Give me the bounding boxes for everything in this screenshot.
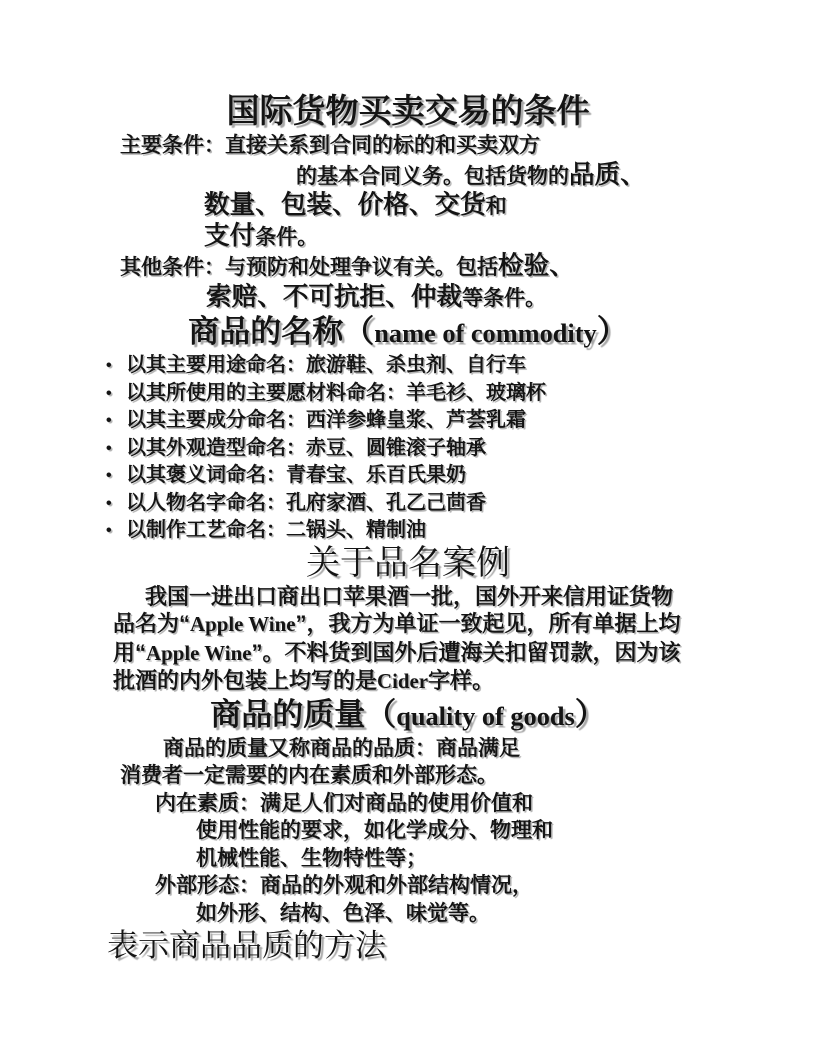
- text-segment: 旅游鞋、杀虫剂、自行车: [306, 354, 526, 376]
- text-segment: 外部形态：商品的外观和外部结构情况，: [155, 874, 533, 897]
- text-segment: 商品的质量: [210, 697, 365, 732]
- text-segment: 等。: [448, 902, 490, 925]
- text-segment: 和: [486, 195, 507, 218]
- text-line: 支付条件。: [204, 222, 726, 253]
- text-line: 商品的质量又称商品的品质：商品满足: [163, 735, 726, 763]
- text-segment: 主要条件：直接关系到合同的标的和买卖双方: [120, 134, 540, 157]
- text-segment: 外形、结构、色泽、味觉: [217, 902, 448, 925]
- text-segment: 用“: [113, 640, 146, 665]
- heading-quality-of-goods: 商品的质量（quality of goods）: [90, 696, 726, 735]
- text-line: 外部形态：商品的外观和外部结构情况，: [155, 872, 726, 900]
- text-segment: 二锅头、精制油: [286, 519, 426, 541]
- bullet-dot-icon: •: [106, 463, 126, 490]
- text-segment: 以其所使用的主要愿材料命名：: [126, 382, 406, 404]
- text-segment: 的基本合同义务。包括货物的: [296, 165, 569, 188]
- bullet-item: •以其主要用途命名：旅游鞋、杀虫剂、自行车: [106, 352, 726, 380]
- text-segment: 支付: [204, 222, 255, 250]
- text-segment: 如: [196, 902, 217, 925]
- text-segment: 青春宝、乐百氏果奶: [286, 464, 466, 486]
- bullet-text: 以制作工艺命名：二锅头、精制油: [126, 519, 426, 541]
- paragraph-brand-case: 我国一进出口商出口苹果酒一批，国外开来信用证货物品名为“Apple Wine”，…: [120, 583, 726, 696]
- text-segment: 消费者一定需要的内在素质和外部形态。: [120, 764, 498, 787]
- bullet-item: •以其外观造型命名：赤豆、圆锥滚子轴承: [106, 435, 726, 463]
- text-segment: （: [343, 314, 374, 349]
- text-segment: 羊毛衫、玻璃杯: [406, 382, 546, 404]
- text-segment: 等条件。: [462, 287, 546, 310]
- text-segment: 西洋参蜂皇浆、芦荟乳霜: [306, 409, 526, 431]
- text-line: 的基本合同义务。包括货物的品质、: [296, 161, 726, 192]
- text-segment: 等；: [385, 847, 427, 870]
- text-segment: 化学成分、物理: [385, 819, 532, 842]
- text-segment: 以其主要用途命名：: [126, 354, 306, 376]
- text-segment: ”，我方为单证一致起见，所有单据上均: [295, 611, 680, 636]
- text-segment: ）: [575, 697, 606, 732]
- text-segment: 内在素质：满足人们对商品的使用价值和: [155, 792, 533, 815]
- text-line: 批酒的内外包装上均写的是Cider字样。: [113, 667, 726, 696]
- text-segment: 以其褒义词命名：: [126, 464, 286, 486]
- bullet-dot-icon: •: [106, 491, 126, 518]
- text-segment: 国际货物买卖交易的条件: [227, 94, 590, 130]
- bullet-dot-icon: •: [106, 436, 126, 463]
- section-quality: 商品的质量又称商品的品质：商品满足消费者一定需要的内在素质和外部形态。内在素质：…: [120, 735, 726, 928]
- text-segment: （: [365, 697, 396, 732]
- heading-quality-methods: 表示商品品质的方法: [107, 927, 726, 965]
- text-line: 索赔、不可抗拒、仲裁等条件。: [206, 283, 726, 314]
- text-segment: Apple Wine: [146, 641, 251, 665]
- text-segment: 以人物名字命名：: [126, 492, 286, 514]
- text-segment: quality of goods: [396, 702, 575, 731]
- bullet-item: •以其褒义词命名：青春宝、乐百氏果奶: [106, 462, 726, 490]
- text-line: 用“Apple Wine”。不料货到国外后遭海关扣留罚款，因为该: [113, 639, 726, 668]
- text-segment: 品质、: [569, 161, 646, 189]
- text-segment: ）: [597, 314, 628, 349]
- text-line: 如外形、结构、色泽、味觉等。: [196, 900, 726, 928]
- bullet-item: •以其所使用的主要愿材料命名：羊毛衫、玻璃杯: [106, 380, 726, 408]
- document-page: 国际货物买卖交易的条件主要条件：直接关系到合同的标的和买卖双方的基本合同义务。包…: [0, 0, 816, 1056]
- bullet-dot-icon: •: [106, 518, 126, 545]
- text-segment: 其他条件：与预防和处理争议有关。包括: [120, 256, 498, 279]
- bullet-text: 以其主要成分命名：西洋参蜂皇浆、芦荟乳霜: [126, 409, 526, 431]
- text-segment: Cider: [377, 669, 428, 693]
- text-segment: 检验、: [498, 252, 575, 280]
- text-line: 品名为“Apple Wine”，我方为单证一致起见，所有单据上均: [113, 610, 726, 639]
- naming-methods-list: •以其主要用途命名：旅游鞋、杀虫剂、自行车•以其所使用的主要愿材料命名：羊毛衫、…: [120, 352, 726, 545]
- text-segment: 品名为“: [113, 611, 190, 636]
- document-content: 国际货物买卖交易的条件主要条件：直接关系到合同的标的和买卖双方的基本合同义务。包…: [120, 92, 726, 965]
- text-line: 消费者一定需要的内在素质和外部形态。: [120, 762, 726, 790]
- bullet-dot-icon: •: [106, 381, 126, 408]
- text-segment: ”。不料货到国外后遭海关扣留罚款，因为该: [251, 640, 680, 665]
- text-segment: 我国一进出口商出口苹果酒一批，国外开来信用证货物: [145, 584, 673, 609]
- text-segment: 使用性能的要求，如: [196, 819, 385, 842]
- text-segment: Apple Wine: [190, 612, 295, 636]
- bullet-text: 以人物名字命名：孔府家酒、孔乙己茴香: [126, 492, 486, 514]
- text-segment: name of commodity: [374, 319, 596, 348]
- bullet-item: •以人物名字命名：孔府家酒、孔乙己茴香: [106, 490, 726, 518]
- text-segment: 以制作工艺命名：: [126, 519, 286, 541]
- bullet-text: 以其所使用的主要愿材料命名：羊毛衫、玻璃杯: [126, 382, 546, 404]
- text-line: 数量、包装、价格、交货和: [204, 191, 726, 222]
- bullet-text: 以其主要用途命名：旅游鞋、杀虫剂、自行车: [126, 354, 526, 376]
- heading-main-title: 国际货物买卖交易的条件: [90, 92, 726, 132]
- text-line: 主要条件：直接关系到合同的标的和买卖双方: [120, 132, 726, 161]
- text-segment: 孔府家酒、孔乙己茴香: [286, 492, 486, 514]
- heading-commodity-name: 商品的名称（name of commodity）: [90, 313, 726, 352]
- bullet-text: 以其外观造型命名：赤豆、圆锥滚子轴承: [126, 437, 486, 459]
- bullet-item: •以制作工艺命名：二锅头、精制油: [106, 517, 726, 545]
- text-segment: 批酒的内外包装上均写的是: [113, 668, 377, 693]
- text-segment: 关于品名案例: [306, 545, 510, 582]
- bullet-dot-icon: •: [106, 408, 126, 435]
- text-line: 使用性能的要求，如化学成分、物理和: [196, 817, 726, 845]
- text-segment: 商品的质量又称商品的品质：商品满足: [163, 737, 520, 760]
- bullet-dot-icon: •: [106, 353, 126, 380]
- text-segment: 条件。: [255, 226, 318, 249]
- text-line: 其他条件：与预防和处理争议有关。包括检验、: [120, 252, 726, 283]
- bullet-item: •以其主要成分命名：西洋参蜂皇浆、芦荟乳霜: [106, 407, 726, 435]
- section-main-conditions: 主要条件：直接关系到合同的标的和买卖双方的基本合同义务。包括货物的品质、数量、包…: [120, 132, 726, 313]
- text-segment: 索赔、不可抗拒、仲裁: [206, 283, 462, 311]
- text-segment: 以其外观造型命名：: [126, 437, 306, 459]
- text-line: 我国一进出口商出口苹果酒一批，国外开来信用证货物: [145, 583, 726, 611]
- bullet-text: 以其褒义词命名：青春宝、乐百氏果奶: [126, 464, 466, 486]
- text-segment: 商品的名称: [188, 314, 343, 349]
- text-segment: 以其主要成分命名：: [126, 409, 306, 431]
- text-segment: 字样。: [428, 668, 494, 693]
- text-line: 机械性能、生物特性等；: [196, 845, 726, 873]
- heading-brand-case: 关于品名案例: [90, 545, 726, 583]
- text-segment: 机械性能、生物特性: [196, 847, 385, 870]
- text-segment: 表示商品品质的方法: [107, 928, 386, 963]
- text-segment: 赤豆、圆锥滚子轴承: [306, 437, 486, 459]
- text-line: 内在素质：满足人们对商品的使用价值和: [155, 790, 726, 818]
- text-segment: 和: [532, 819, 553, 842]
- text-segment: 数量、包装、价格、交货: [204, 191, 486, 219]
